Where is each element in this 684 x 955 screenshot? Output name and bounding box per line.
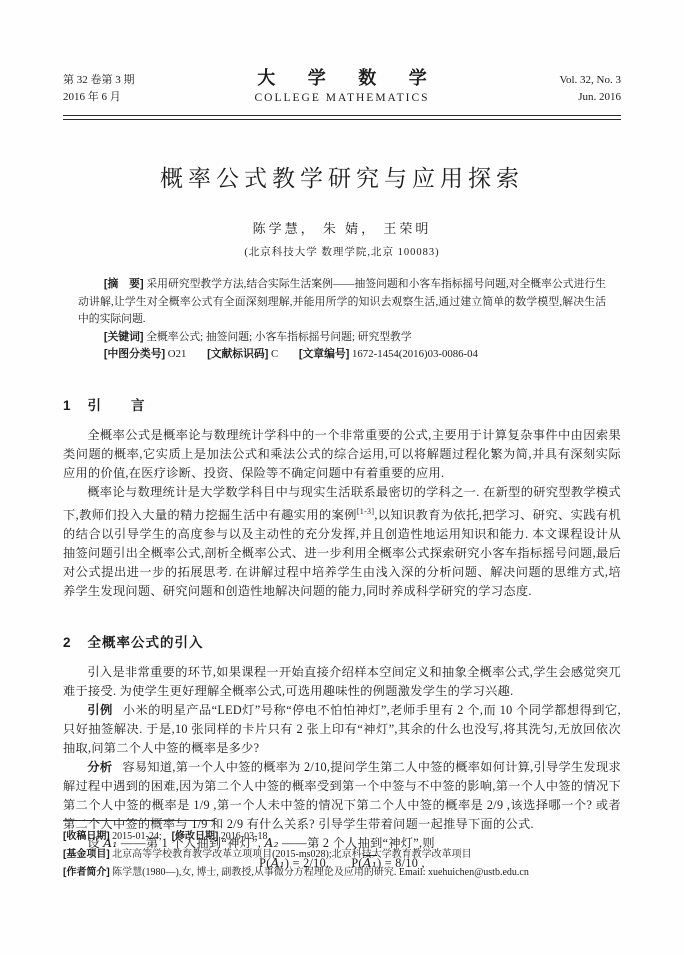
article-id-value: 1672-1454(2016)03-0086-04 <box>352 348 478 360</box>
keywords-label: [关键词] <box>104 331 144 343</box>
section2-heading: 2全概率公式的引入 <box>63 631 621 651</box>
received-date-label: [收稿日期] <box>63 831 110 842</box>
section1-paragraph2: 概率论与数理统计是大学数学科目中与现实生活联系最密切的学科之一. 在新型的研究型… <box>63 483 621 601</box>
journal-page: 第 32 卷第 3 期 2016 年 6 月 大 学 数 学 COLLEGE M… <box>0 0 684 955</box>
example-text: 小米的明星产品“LED灯”号称“停电不怕怕神灯”,老师手里有 2 个,而 10 … <box>63 703 621 755</box>
section2-title: 全概率公式的引入 <box>88 635 204 650</box>
journal-title-cn: 大 学 数 学 <box>193 70 491 87</box>
abstract-block: [摘 要] 采用研究型教学方法,结合实际生活案例——抽签问题和小客车指标摇号问题… <box>78 276 606 364</box>
citation-superscript: [1-3] <box>357 507 375 516</box>
footnote-rule <box>63 820 215 821</box>
fund-label: [基金项目] <box>63 849 110 860</box>
section1-heading: 1引 言 <box>63 394 621 414</box>
analysis-label: 分析 <box>87 760 112 774</box>
header-vol-block: Vol. 32, No. 3 Jun. 2016 <box>491 72 621 106</box>
doc-code-label: [文献标识码] <box>207 348 268 360</box>
fund-line: [基金项目] 北京高等学校教育教学改革立项项目(2015-ms028);北京科技… <box>63 846 621 864</box>
authors-line: 陈学慧， 朱 婧， 王荣明 <box>63 218 621 237</box>
section1-paragraph1: 全概率公式是概率论与数理统计学科中的一个非常重要的公式,主要用于计算复杂事件中由… <box>63 426 621 483</box>
keywords-text: 全概率公式; 抽签问题; 小客车指标摇号问题; 研究型教学 <box>146 331 411 343</box>
footnote-block: [收稿日期] 2015-01-24;[修改日期] 2016-03-18 [基金项… <box>63 820 621 882</box>
article-title: 概率公式教学研究与应用探索 <box>63 160 621 193</box>
journal-title-en: COLLEGE MATHEMATICS <box>193 90 491 107</box>
revised-date-label: [修改日期] <box>172 831 219 842</box>
affiliation-line: (北京科技大学 数理学院,北京 100083) <box>63 244 621 259</box>
header-journal-block: 大 学 数 学 COLLEGE MATHEMATICS <box>193 70 491 107</box>
abstract-text: 采用研究型教学方法,结合实际生活案例——抽签问题和小客车指标摇号问题,对全概率公… <box>78 278 606 325</box>
vol-date-line: Jun. 2016 <box>491 89 621 106</box>
clc-group: [中图分类号] O21 <box>104 348 187 360</box>
issue-date-line: 2016 年 6 月 <box>63 89 193 106</box>
clc-label: [中图分类号] <box>104 348 165 360</box>
journal-header: 第 32 卷第 3 期 2016 年 6 月 大 学 数 学 COLLEGE M… <box>63 70 621 107</box>
issue-volume-line: 第 32 卷第 3 期 <box>63 72 193 89</box>
section2-number: 2 <box>63 635 72 650</box>
page-content: 第 32 卷第 3 期 2016 年 6 月 大 学 数 学 COLLEGE M… <box>0 0 684 871</box>
meta-line: [中图分类号] O21 [文献标识码] C [文章编号] 1672-1454(2… <box>78 346 606 364</box>
section2-paragraph1: 引入是非常重要的环节,如果课程一开始直接介绍样本空间定义和抽象全概率公式,学生会… <box>63 663 621 701</box>
header-double-rule <box>63 115 621 120</box>
vol-number-line: Vol. 32, No. 3 <box>491 72 621 89</box>
doc-code-value: C <box>271 348 278 360</box>
abstract-label: [摘 要] <box>104 278 144 290</box>
author-bio-line: [作者简介] 陈学慧(1980—),女, 博士, 副教授,从事微分方程理论及应用… <box>63 864 621 882</box>
received-date-value: 2015-01-24; <box>112 831 161 842</box>
abstract-paragraph: [摘 要] 采用研究型教学方法,结合实际生活案例——抽签问题和小客车指标摇号问题… <box>78 276 606 329</box>
article-id-group: [文章编号] 1672-1454(2016)03-0086-04 <box>299 348 478 360</box>
section1-title: 引 言 <box>88 398 146 413</box>
article-id-label: [文章编号] <box>299 348 349 360</box>
section1-number: 1 <box>63 398 72 413</box>
fund-value: 北京高等学校教育教学改革立项项目(2015-ms028);北京科技大学教育教学改… <box>112 849 471 860</box>
keywords-line: [关键词] 全概率公式; 抽签问题; 小客车指标摇号问题; 研究型教学 <box>78 329 606 347</box>
dates-line: [收稿日期] 2015-01-24;[修改日期] 2016-03-18 <box>63 828 621 846</box>
author-bio-label: [作者简介] <box>63 867 110 878</box>
header-issue-block: 第 32 卷第 3 期 2016 年 6 月 <box>63 72 193 106</box>
example-paragraph: 引例小米的明星产品“LED灯”号称“停电不怕怕神灯”,老师手里有 2 个,而 1… <box>63 701 621 758</box>
doc-code-group: [文献标识码] C <box>207 348 278 360</box>
revised-date-value: 2016-03-18 <box>221 831 268 842</box>
author-bio-value: 陈学慧(1980—),女, 博士, 副教授,从事微分方程理论及应用的研究. Em… <box>112 867 529 878</box>
clc-value: O21 <box>168 348 187 360</box>
example-label: 引例 <box>87 703 112 717</box>
